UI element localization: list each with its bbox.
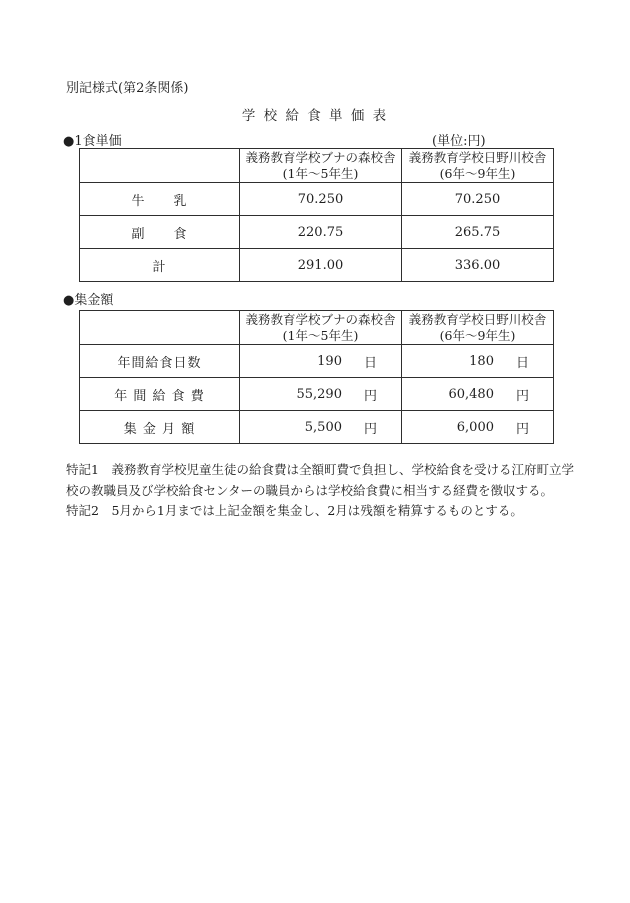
row-label: 計 bbox=[80, 249, 240, 282]
column-header-hinogawa: 義務教育学校日野川校舎 (6年〜9年生) bbox=[402, 311, 554, 345]
note-line: 特記2 5月から1月までは上記金額を集金し、2月は残額を精算するものとする。 bbox=[66, 501, 578, 522]
amount-value: 6,000 bbox=[457, 420, 494, 435]
amount-cell: 6,000 円 bbox=[402, 411, 554, 444]
corner-cell bbox=[80, 149, 240, 183]
page-title: 学 校 給 食 単 価 表 bbox=[0, 104, 630, 124]
amount-value: 60,480 bbox=[448, 387, 494, 402]
note-line: 校の教職員及び学校給食センターの職員からは学校給食費に相当する経費を徴収する。 bbox=[66, 481, 578, 502]
section-heading-collection: ●集金額 bbox=[63, 289, 113, 308]
price-value: 70.250 bbox=[402, 183, 554, 216]
row-label: 牛 乳 bbox=[80, 183, 240, 216]
row-label: 年間給食日数 bbox=[80, 345, 240, 378]
notes: 特記1 義務教育学校児童生徒の給食費は全額町費で負担し、学校給食を受ける江府町立… bbox=[66, 460, 578, 522]
row-label: 集 金 月 額 bbox=[80, 411, 240, 444]
amount-value: 190 bbox=[317, 354, 342, 369]
row-label: 副 食 bbox=[80, 216, 240, 249]
table-row-monthly-collection: 集 金 月 額 5,500 円 6,000 円 bbox=[80, 411, 554, 444]
amount-cell: 180 日 bbox=[402, 345, 554, 378]
school-name: 義務教育学校日野川校舎 bbox=[402, 312, 553, 328]
row-label: 年 間 給 食 費 bbox=[80, 378, 240, 411]
amount-cell: 60,480 円 bbox=[402, 378, 554, 411]
price-value: 70.250 bbox=[240, 183, 402, 216]
column-header-buna: 義務教育学校ブナの森校舎 (1年〜5年生) bbox=[240, 149, 402, 183]
price-table-header-row: 義務教育学校ブナの森校舎 (1年〜5年生) 義務教育学校日野川校舎 (6年〜9年… bbox=[80, 149, 554, 183]
unit-label: 円 bbox=[516, 385, 529, 404]
amount-cell: 5,500 円 bbox=[240, 411, 402, 444]
table-row-total: 計 291.00 336.00 bbox=[80, 249, 554, 282]
column-header-buna: 義務教育学校ブナの森校舎 (1年〜5年生) bbox=[240, 311, 402, 345]
amount-value: 180 bbox=[469, 354, 494, 369]
price-table: 義務教育学校ブナの森校舎 (1年〜5年生) 義務教育学校日野川校舎 (6年〜9年… bbox=[79, 148, 554, 282]
price-value: 220.75 bbox=[240, 216, 402, 249]
school-name: 義務教育学校ブナの森校舎 bbox=[240, 150, 401, 166]
note-line: 特記1 義務教育学校児童生徒の給食費は全額町費で負担し、学校給食を受ける江府町立… bbox=[66, 460, 578, 481]
unit-label: 日 bbox=[364, 352, 377, 371]
section-heading-unit-price: ●1食単価 bbox=[63, 130, 122, 149]
corner-cell bbox=[80, 311, 240, 345]
price-value: 336.00 bbox=[402, 249, 554, 282]
grade-range: (1年〜5年生) bbox=[240, 328, 401, 344]
school-name: 義務教育学校ブナの森校舎 bbox=[240, 312, 401, 328]
unit-label: 円 bbox=[364, 418, 377, 437]
amount-cell: 190 日 bbox=[240, 345, 402, 378]
amount-value: 55,290 bbox=[296, 387, 342, 402]
unit-label: 日 bbox=[516, 352, 529, 371]
grade-range: (1年〜5年生) bbox=[240, 166, 401, 182]
amount-cell: 55,290 円 bbox=[240, 378, 402, 411]
grade-range: (6年〜9年生) bbox=[402, 328, 553, 344]
table-row-annual-fee: 年 間 給 食 費 55,290 円 60,480 円 bbox=[80, 378, 554, 411]
grade-range: (6年〜9年生) bbox=[402, 166, 553, 182]
school-name: 義務教育学校日野川校舎 bbox=[402, 150, 553, 166]
collection-table: 義務教育学校ブナの森校舎 (1年〜5年生) 義務教育学校日野川校舎 (6年〜9年… bbox=[79, 310, 554, 444]
unit-label: 円 bbox=[364, 385, 377, 404]
amount-value: 5,500 bbox=[305, 420, 342, 435]
unit-label: 円 bbox=[516, 418, 529, 437]
unit-note: (単位:円) bbox=[432, 130, 486, 149]
column-header-hinogawa: 義務教育学校日野川校舎 (6年〜9年生) bbox=[402, 149, 554, 183]
document-page: 別記様式(第2条関係) 学 校 給 食 単 価 表 ●1食単価 (単位:円) 義… bbox=[0, 0, 630, 903]
table-row-side-dish: 副 食 220.75 265.75 bbox=[80, 216, 554, 249]
table-row-milk: 牛 乳 70.250 70.250 bbox=[80, 183, 554, 216]
price-value: 291.00 bbox=[240, 249, 402, 282]
collection-table-header-row: 義務教育学校ブナの森校舎 (1年〜5年生) 義務教育学校日野川校舎 (6年〜9年… bbox=[80, 311, 554, 345]
price-value: 265.75 bbox=[402, 216, 554, 249]
table-row-annual-days: 年間給食日数 190 日 180 日 bbox=[80, 345, 554, 378]
form-reference: 別記様式(第2条関係) bbox=[66, 77, 188, 96]
